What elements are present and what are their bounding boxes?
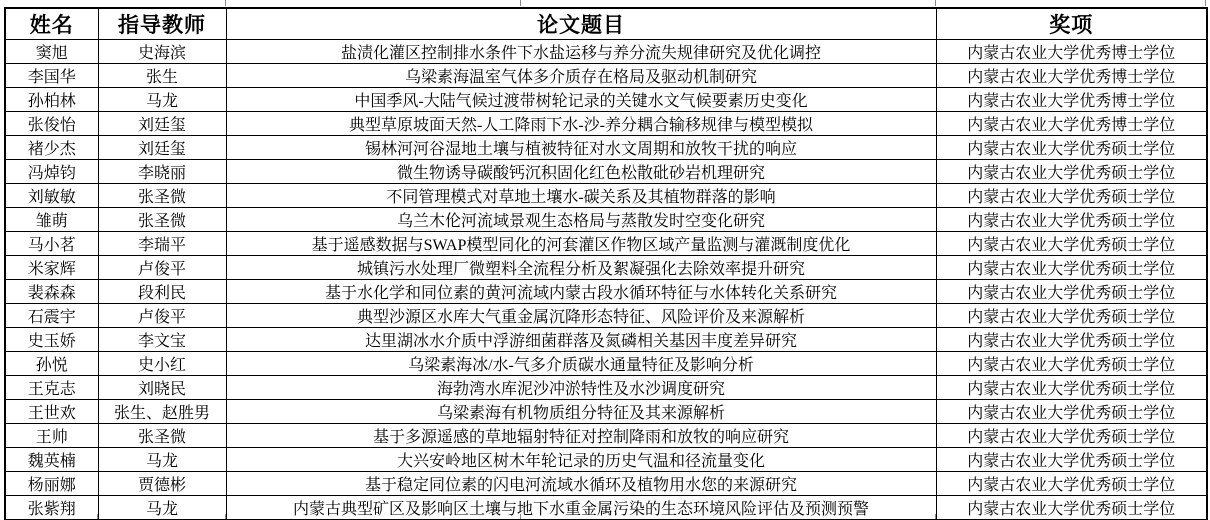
cell-advisor: 卢俊平 — [98, 256, 226, 280]
cell-title: 锡林河河谷湿地土壤与植被特征对水文周期和放牧干扰的响应 — [226, 136, 936, 160]
cell-name: 王帅 — [5, 424, 98, 448]
col-header-title: 论文题目 — [226, 8, 936, 40]
cell-advisor: 马龙 — [98, 88, 226, 112]
cell-advisor: 张生、赵胜男 — [98, 400, 226, 424]
cell-award: 内蒙古农业大学优秀硕士学位 — [936, 280, 1207, 304]
cell-award: 内蒙古农业大学优秀硕士学位 — [936, 184, 1207, 208]
cell-award: 内蒙古农业大学优秀硕士学位 — [936, 472, 1207, 496]
table-row: 张紫翔马龙内蒙古典型矿区及影响区土壤与地下水重金属污染的生态环境风险评估及预测预… — [5, 496, 1207, 520]
cell-name: 王世欢 — [5, 400, 98, 424]
gridline-tick — [935, 0, 936, 6]
table-row: 王帅张圣微基于多源遥感的草地辐射特征对控制降雨和放牧的响应研究内蒙古农业大学优秀… — [5, 424, 1207, 448]
table-row: 褚少杰刘廷玺锡林河河谷湿地土壤与植被特征对水文周期和放牧干扰的响应内蒙古农业大学… — [5, 136, 1207, 160]
cell-title: 基于稳定同位素的闪电河流域水循环及植物用水您的来源研究 — [226, 472, 936, 496]
cell-advisor: 刘廷玺 — [98, 112, 226, 136]
table-row: 雏萌张圣微乌兰木伦河流域景观生态格局与蒸散发时空变化研究内蒙古农业大学优秀硕士学… — [5, 208, 1207, 232]
cell-title: 乌梁素海温室气体多介质存在格局及驱动机制研究 — [226, 64, 936, 88]
table-row: 史玉娇李文宝达里湖冰水介质中浮游细菌群落及氮磷相关基因丰度差异研究内蒙古农业大学… — [5, 328, 1207, 352]
cell-advisor: 史海滨 — [98, 40, 226, 64]
table-row: 张俊怡刘廷玺典型草原坡面天然-人工降雨下水-沙-养分耦合输移规律与模型模拟内蒙古… — [5, 112, 1207, 136]
cell-award: 内蒙古农业大学优秀硕士学位 — [936, 304, 1207, 328]
cell-title: 基于多源遥感的草地辐射特征对控制降雨和放牧的响应研究 — [226, 424, 936, 448]
cell-award: 内蒙古农业大学优秀硕士学位 — [936, 232, 1207, 256]
gridline-tick — [225, 0, 226, 6]
table-row: 孙柏林马龙中国季风-大陆气候过渡带树轮记录的关键水文气候要素历史变化内蒙古农业大… — [5, 88, 1207, 112]
gridline-tick — [520, 0, 521, 6]
cell-name: 米家辉 — [5, 256, 98, 280]
cell-advisor: 张生 — [98, 64, 226, 88]
cell-name: 裴森森 — [5, 280, 98, 304]
table-row: 石震宇卢俊平典型沙源区水库大气重金属沉降形态特征、风险评价及来源解析内蒙古农业大… — [5, 304, 1207, 328]
cell-award: 内蒙古农业大学优秀硕士学位 — [936, 328, 1207, 352]
cell-name: 王克志 — [5, 376, 98, 400]
cell-award: 内蒙古农业大学优秀硕士学位 — [936, 352, 1207, 376]
cell-award: 内蒙古农业大学优秀硕士学位 — [936, 256, 1207, 280]
cell-title: 典型草原坡面天然-人工降雨下水-沙-养分耦合输移规律与模型模拟 — [226, 112, 936, 136]
cell-title: 城镇污水处理厂微塑料全流程分析及絮凝强化去除效率提升研究 — [226, 256, 936, 280]
cell-award: 内蒙古农业大学优秀博士学位 — [936, 88, 1207, 112]
cell-name: 窦旭 — [5, 40, 98, 64]
col-header-award: 奖项 — [936, 8, 1207, 40]
table-body: 窦旭史海滨盐渍化灌区控制排水条件下水盐运移与养分流失规律研究及优化调控内蒙古农业… — [5, 40, 1207, 520]
gridline-tick — [1205, 0, 1206, 6]
cell-advisor: 李晓丽 — [98, 160, 226, 184]
cell-award: 内蒙古农业大学优秀硕士学位 — [936, 136, 1207, 160]
cell-award: 内蒙古农业大学优秀硕士学位 — [936, 160, 1207, 184]
cell-name: 雏萌 — [5, 208, 98, 232]
cell-advisor: 史小红 — [98, 352, 226, 376]
cell-title: 乌梁素海冰/水-气多介质碳水通量特征及影响分析 — [226, 352, 936, 376]
table-row: 米家辉卢俊平城镇污水处理厂微塑料全流程分析及絮凝强化去除效率提升研究内蒙古农业大… — [5, 256, 1207, 280]
cell-advisor: 张圣微 — [98, 184, 226, 208]
cell-advisor: 张圣微 — [98, 424, 226, 448]
table-row: 王克志刘晓民海勃湾水库泥沙冲淤特性及水沙调度研究内蒙古农业大学优秀硕士学位 — [5, 376, 1207, 400]
cell-award: 内蒙古农业大学优秀硕士学位 — [936, 376, 1207, 400]
cell-advisor: 张圣微 — [98, 208, 226, 232]
table-row: 刘敏敏张圣微不同管理模式对草地土壤水-碳关系及其植物群落的影响内蒙古农业大学优秀… — [5, 184, 1207, 208]
cell-advisor: 贾德彬 — [98, 472, 226, 496]
cell-name: 马小茗 — [5, 232, 98, 256]
cell-award: 内蒙古农业大学优秀硕士学位 — [936, 208, 1207, 232]
cell-name: 孙柏林 — [5, 88, 98, 112]
cell-title: 乌梁素海有机物质组分特征及其来源解析 — [226, 400, 936, 424]
cell-title: 典型沙源区水库大气重金属沉降形态特征、风险评价及来源解析 — [226, 304, 936, 328]
cell-award: 内蒙古农业大学优秀硕士学位 — [936, 448, 1207, 472]
cell-name: 冯焯钧 — [5, 160, 98, 184]
cell-advisor: 李文宝 — [98, 328, 226, 352]
cell-name: 石震宇 — [5, 304, 98, 328]
cell-award: 内蒙古农业大学优秀博士学位 — [936, 40, 1207, 64]
table-row: 魏英楠马龙大兴安岭地区树木年轮记录的历史气温和径流量变化内蒙古农业大学优秀硕士学… — [5, 448, 1207, 472]
table-row: 李国华张生乌梁素海温室气体多介质存在格局及驱动机制研究内蒙古农业大学优秀博士学位 — [5, 64, 1207, 88]
table-header-row: 姓名 指导教师 论文题目 奖项 — [5, 8, 1207, 40]
cell-title: 中国季风-大陆气候过渡带树轮记录的关键水文气候要素历史变化 — [226, 88, 936, 112]
cell-name: 张紫翔 — [5, 496, 98, 520]
cell-advisor: 段利民 — [98, 280, 226, 304]
cell-name: 孙悦 — [5, 352, 98, 376]
cell-name: 张俊怡 — [5, 112, 98, 136]
table-row: 杨丽娜贾德彬基于稳定同位素的闪电河流域水循环及植物用水您的来源研究内蒙古农业大学… — [5, 472, 1207, 496]
cell-title: 海勃湾水库泥沙冲淤特性及水沙调度研究 — [226, 376, 936, 400]
awards-table: 姓名 指导教师 论文题目 奖项 窦旭史海滨盐渍化灌区控制排水条件下水盐运移与养分… — [4, 7, 1208, 520]
table-row: 窦旭史海滨盐渍化灌区控制排水条件下水盐运移与养分流失规律研究及优化调控内蒙古农业… — [5, 40, 1207, 64]
cell-title: 达里湖冰水介质中浮游细菌群落及氮磷相关基因丰度差异研究 — [226, 328, 936, 352]
cell-advisor: 刘晓民 — [98, 376, 226, 400]
cell-name: 李国华 — [5, 64, 98, 88]
cell-title: 乌兰木伦河流域景观生态格局与蒸散发时空变化研究 — [226, 208, 936, 232]
table-row: 冯焯钧李晓丽微生物诱导碳酸钙沉积固化红色松散砒砂岩机理研究内蒙古农业大学优秀硕士… — [5, 160, 1207, 184]
cell-title: 大兴安岭地区树木年轮记录的历史气温和径流量变化 — [226, 448, 936, 472]
cell-advisor: 刘廷玺 — [98, 136, 226, 160]
cell-name: 褚少杰 — [5, 136, 98, 160]
table-row: 王世欢张生、赵胜男乌梁素海有机物质组分特征及其来源解析内蒙古农业大学优秀硕士学位 — [5, 400, 1207, 424]
cell-title: 盐渍化灌区控制排水条件下水盐运移与养分流失规律研究及优化调控 — [226, 40, 936, 64]
cell-title: 基于水化学和同位素的黄河流域内蒙古段水循环特征与水体转化关系研究 — [226, 280, 936, 304]
cell-title: 微生物诱导碳酸钙沉积固化红色松散砒砂岩机理研究 — [226, 160, 936, 184]
col-header-name: 姓名 — [5, 8, 98, 40]
col-header-advisor: 指导教师 — [98, 8, 226, 40]
cell-name: 刘敏敏 — [5, 184, 98, 208]
cell-title: 基于遥感数据与SWAP模型同化的河套灌区作物区域产量监测与灌溉制度优化 — [226, 232, 936, 256]
cell-award: 内蒙古农业大学优秀硕士学位 — [936, 400, 1207, 424]
cell-award: 内蒙古农业大学优秀博士学位 — [936, 64, 1207, 88]
cell-award: 内蒙古农业大学优秀博士学位 — [936, 112, 1207, 136]
cell-award: 内蒙古农业大学优秀硕士学位 — [936, 496, 1207, 520]
cell-award: 内蒙古农业大学优秀硕士学位 — [936, 424, 1207, 448]
table-row: 马小茗李瑞平基于遥感数据与SWAP模型同化的河套灌区作物区域产量监测与灌溉制度优… — [5, 232, 1207, 256]
cell-advisor: 卢俊平 — [98, 304, 226, 328]
cell-advisor: 马龙 — [98, 448, 226, 472]
cell-advisor: 马龙 — [98, 496, 226, 520]
cell-advisor: 李瑞平 — [98, 232, 226, 256]
cell-name: 杨丽娜 — [5, 472, 98, 496]
cell-title: 内蒙古典型矿区及影响区土壤与地下水重金属污染的生态环境风险评估及预测预警 — [226, 496, 936, 520]
cell-title: 不同管理模式对草地土壤水-碳关系及其植物群落的影响 — [226, 184, 936, 208]
table-row: 裴森森段利民基于水化学和同位素的黄河流域内蒙古段水循环特征与水体转化关系研究内蒙… — [5, 280, 1207, 304]
table-row: 孙悦史小红乌梁素海冰/水-气多介质碳水通量特征及影响分析内蒙古农业大学优秀硕士学… — [5, 352, 1207, 376]
cell-name: 魏英楠 — [5, 448, 98, 472]
document-table-page: 姓名 指导教师 论文题目 奖项 窦旭史海滨盐渍化灌区控制排水条件下水盐运移与养分… — [0, 0, 1210, 520]
cell-name: 史玉娇 — [5, 328, 98, 352]
